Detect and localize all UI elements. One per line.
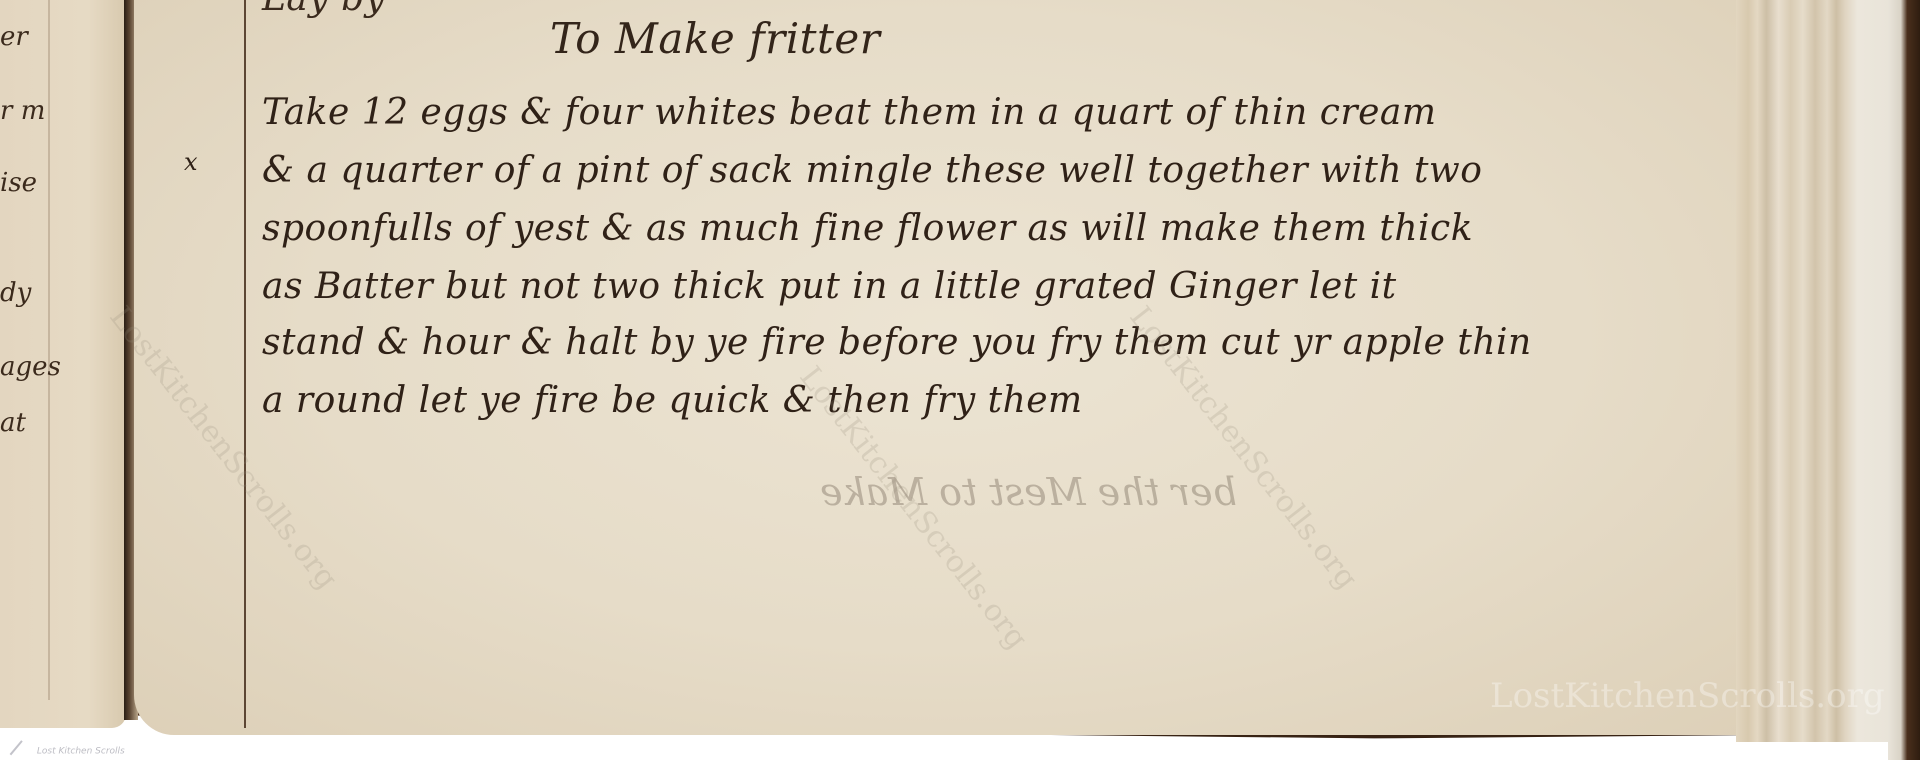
- page-edges-stack: [1736, 0, 1888, 742]
- left-page-fragment: r m: [0, 96, 45, 126]
- left-page-fragment: ise: [0, 168, 37, 198]
- recipe-line: spoonfulls of yest & as much fine flower…: [262, 208, 1473, 249]
- corner-logo-text: Lost Kitchen Scrolls: [37, 747, 125, 757]
- recipe-line: a round let ye fire be quick & then fry …: [262, 380, 1083, 421]
- left-page-fragment: at: [0, 408, 26, 438]
- previous-recipe-fragment: Lay by: [262, 0, 386, 19]
- recipe-line: stand & hour & halt by ye fire before yo…: [262, 322, 1532, 363]
- left-page-fragment: er: [0, 22, 28, 52]
- recipe-title: To Make fritter: [550, 14, 880, 63]
- spoon-icon: [10, 740, 31, 762]
- left-page-margin-rule: [48, 0, 50, 700]
- watermark-bottom: LostKitchenScrolls.org: [1490, 676, 1885, 716]
- left-page-fragment: dy: [0, 278, 31, 308]
- recipe-line: as Batter but not two thick put in a lit…: [262, 266, 1397, 307]
- left-page: er r m ise dy ages at: [0, 0, 126, 728]
- book-cover-edge: [1888, 0, 1920, 760]
- left-page-fragment: ages: [0, 352, 61, 382]
- margin-mark: x: [184, 148, 198, 176]
- corner-logo: Lost Kitchen Scrolls: [14, 742, 125, 760]
- margin-rule: [244, 0, 246, 728]
- manuscript-spread: er r m ise dy ages at x Lay by To Make f…: [0, 0, 1920, 774]
- recipe-line: Take 12 eggs & four whites beat them in …: [262, 92, 1436, 133]
- recipe-line: & a quarter of a pint of sack mingle the…: [262, 150, 1482, 191]
